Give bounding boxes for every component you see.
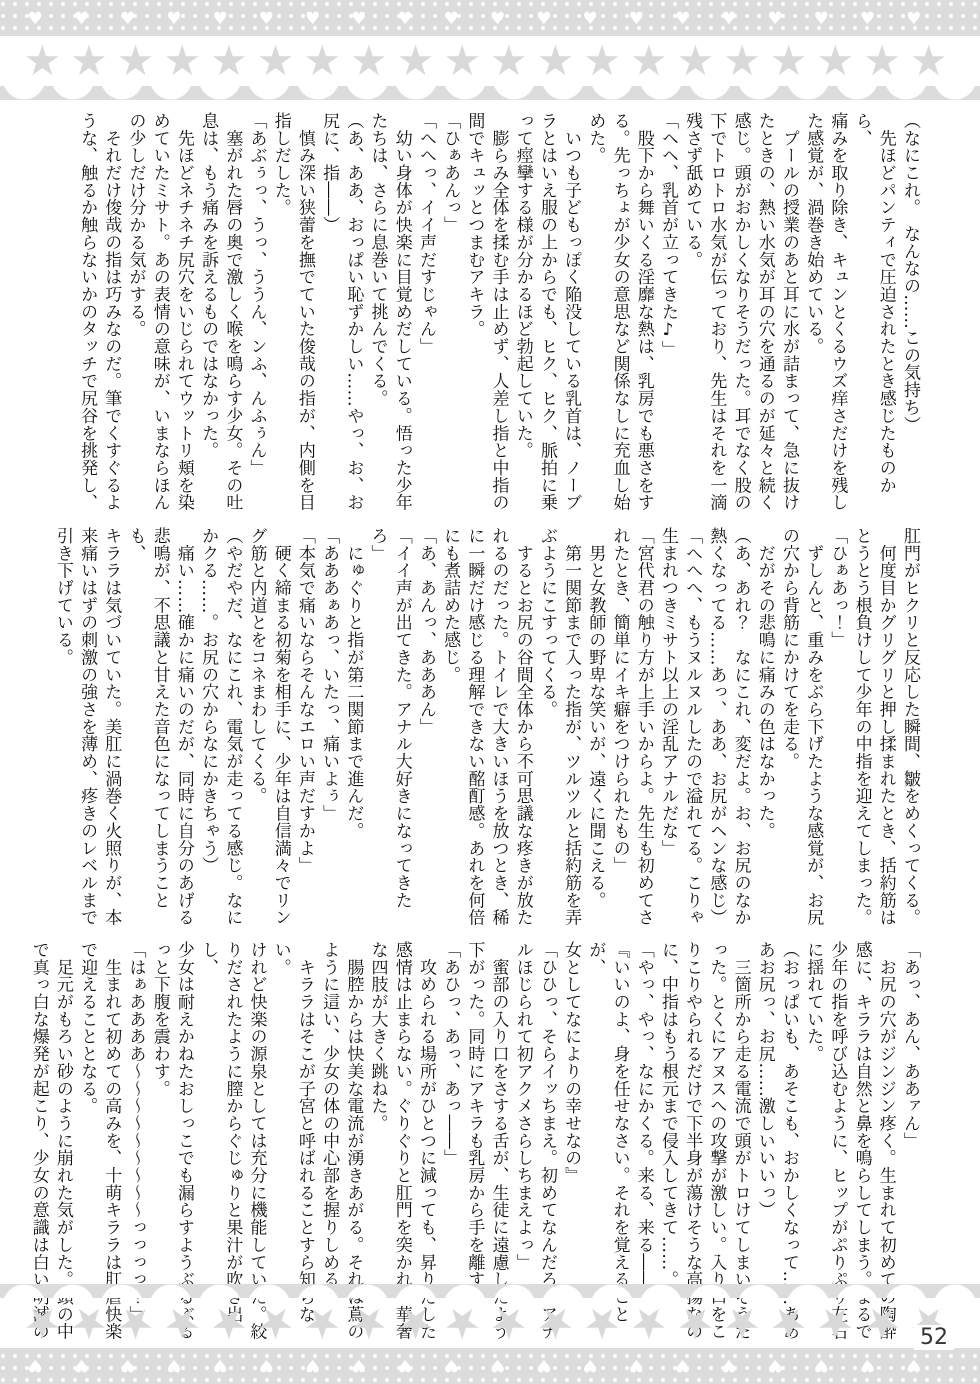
text-column: 痛みを取り除き、キュンとくるウズ痒さだけを残し bbox=[825, 112, 849, 516]
text-column: 感じ。頭がおかしくなりそうだった。耳でなく股の bbox=[728, 112, 752, 516]
text-column: うな、触るか触らないかのタッチで尻谷を挑発し、 bbox=[75, 112, 99, 516]
text-column: 「あああぁあっ、いたっ、痛いよぅ」 bbox=[317, 527, 341, 931]
text-column: めていたミサト。あの表情の意味が、いまならほん bbox=[148, 112, 172, 516]
text-column: 「イイ声が出てきた。アナル大好きになってきたろ」 bbox=[365, 527, 413, 931]
star-icon-row: ★★★★★★★★★★★★★★★★★★★★ bbox=[0, 38, 980, 86]
text-column: 引き下げている。 bbox=[51, 527, 75, 931]
text-column: 「あぶぅっ、うっ、ううん、ンふ、んふぅん」 bbox=[244, 112, 268, 516]
text-column: 息は、もう痛みを訴えるものではなかった。 bbox=[196, 112, 220, 516]
text-column: 硬く締まる初菊を相手に、少年は自信満々でリン bbox=[269, 527, 293, 931]
text-column: するとお尻の谷間全体から不可思議な疼きが放た bbox=[511, 527, 535, 931]
text-column: 痛い……確かに痛いのだが、同時に自分のあげる bbox=[172, 527, 196, 931]
text-column: の少しだけ分かる気がする。 bbox=[123, 112, 147, 516]
text-column: る。先っちょが少女の意思など関係なしに充血し始 bbox=[607, 112, 631, 516]
text-column: とうとう根負けして少年の中指を迎えてしまった。 bbox=[849, 527, 873, 931]
scallop-edge bbox=[0, 1284, 980, 1298]
text-column: 「あ、あんっ、あああん」 bbox=[414, 527, 438, 931]
text-column: 膨らみ全体を揉む手は止めず、人差し指と中指の bbox=[486, 112, 510, 516]
text-column: 男と女教師の野卑な笑いが、遠くに聞こえる。 bbox=[583, 527, 607, 931]
star-icon-row: ★★★★★★★★★★★★★★★★★★★★ bbox=[0, 1298, 980, 1346]
text-column: 下でトロトロ水気が伝っており、先生はそれを一滴 bbox=[704, 112, 728, 516]
text-column: 肛門がヒクリと反応した瞬間、皺をめくってくる。 bbox=[898, 527, 922, 931]
text-column: 先ほどネチネチ尻穴をいじられてウットリ頬を染 bbox=[172, 112, 196, 516]
text-column: 「ひぁあっ！」 bbox=[825, 527, 849, 931]
text-section-top: （なにこれ。 なんなの……この気持ち） 先ほどパンティで圧迫されたとき感じたもの… bbox=[98, 112, 922, 516]
text-column: （やだやだ、なにこれ、電気が走ってる感じ。なに bbox=[220, 527, 244, 931]
top-lace-border: ♥♥♥♥♥♥♥♥♥♥♥♥♥♥♥♥♥♥♥♥ ★★★★★★★★★★★★★★★★★★★… bbox=[0, 0, 980, 100]
text-column: た感覚が、渦巻き始めている。 bbox=[801, 112, 825, 516]
text-column: 第一関節まで入った指が、ツルツルと括約筋を弄 bbox=[559, 527, 583, 931]
text-column: （あ、ああ、おっぱい恥ずかしい……やっ、お、お bbox=[341, 112, 365, 516]
text-column: 「へへへ、もうヌルヌルしたので溢れてる。こりゃ bbox=[680, 527, 704, 931]
text-column: ラとはいえ服の上からでも、ヒク、ヒク、脈拍に乗 bbox=[535, 112, 559, 516]
book-page: ♥♥♥♥♥♥♥♥♥♥♥♥♥♥♥♥♥♥♥♥ ★★★★★★★★★★★★★★★★★★★… bbox=[0, 0, 980, 1384]
text-column: グ筋と内道とをコネまわしてくる。 bbox=[244, 527, 268, 931]
text-column: 間でキュッとつまむアキラ。 bbox=[462, 112, 486, 516]
text-column: かクる……。お尻の穴からなにかきちゃう） bbox=[196, 527, 220, 931]
text-column: の穴から背筋にかけてを走る。 bbox=[777, 527, 801, 931]
text-column: にも煮詰めた感じ。 bbox=[438, 527, 462, 931]
text-column: ずしんと、重みをぶら下げたような感覚が、お尻 bbox=[801, 527, 825, 931]
text-column: 悲鳴が、不思議と甘えた音色になってしまうことも、 bbox=[123, 527, 171, 931]
text-column: いつも子どもっぽく陥没している乳首は、ノーブ bbox=[559, 112, 583, 516]
text-column: 慎み深い狭蕾を撫でていた俊哉の指が、内側を目 bbox=[293, 112, 317, 516]
text-column: 幼い身体が快楽に目覚めだしている。悟った少年 bbox=[390, 112, 414, 516]
text-section-middle: 肛門がヒクリと反応した瞬間、皺をめくってくる。 何度目かグリグリと押し揉まれたと… bbox=[98, 527, 922, 931]
scallop-edge bbox=[0, 86, 980, 100]
text-column: 何度目かグリグリと押し揉まれたとき、括約筋は bbox=[874, 527, 898, 931]
text-column: れたとき、簡単にイキ癖をつけられたもの」 bbox=[607, 527, 631, 931]
text-column: 残さず舐めている。 bbox=[680, 112, 704, 516]
text-column: プールの授業のあと耳に水が詰まって、急に抜け bbox=[777, 112, 801, 516]
text-column: 「宮代君の触り方が上手いからよ。先生も初めてさ bbox=[632, 527, 656, 931]
text-column: 「ヘヘ、乳首が立ってきた♪」 bbox=[656, 112, 680, 516]
text-column: 熱くなってる……あっ、ああ、お尻がヘンな感じ） bbox=[704, 527, 728, 931]
text-column: 先ほどパンティで圧迫されたとき感じたものから、 bbox=[849, 112, 897, 516]
text-column: 「本気で痛いならそんなエロい声だすかよ」 bbox=[293, 527, 317, 931]
text-column: 生まれつきミサト以上の淫乱アナルだな」 bbox=[656, 527, 680, 931]
text-column: ぶようにこすってくる。 bbox=[535, 527, 559, 931]
bottom-lace-border: ♥♥♥♥♥♥♥♥♥♥♥♥♥♥♥♥♥♥♥♥ ★★★★★★★★★★★★★★★★★★★… bbox=[0, 1284, 980, 1384]
text-column: にゅぐりと指が第二関節まで進んだ。 bbox=[341, 527, 365, 931]
text-column: 「ひぁあんっ」 bbox=[438, 112, 462, 516]
text-column: 来痛いはずの刺激の強さを薄め、疼きのレベルまで bbox=[75, 527, 99, 931]
text-column: キララは気づいていた。美肛に渦巻く火照りが、本 bbox=[99, 527, 123, 931]
text-column: 股下から舞いくる淫靡な熱は、乳房でも悪さをす bbox=[632, 112, 656, 516]
text-column: って痙攣する様が分かるほど勃起していた。 bbox=[511, 112, 535, 516]
text-column: めた。 bbox=[583, 112, 607, 516]
text-column: それだけ俊哉の指は巧みなのだ。筆でくすぐるよ bbox=[99, 112, 123, 516]
text-column: 尻に、指――） bbox=[317, 112, 341, 516]
page-number: 52 bbox=[914, 1325, 954, 1350]
text-column: 指しだした。 bbox=[269, 112, 293, 516]
text-column: （なにこれ。 なんなの……この気持ち） bbox=[898, 112, 922, 516]
text-column: 「へへっ、イイ声だすじゃん」 bbox=[414, 112, 438, 516]
text-column: たときの、熱い水気が耳の穴を通るのが延々と続く bbox=[753, 112, 777, 516]
text-column: たちは、さらに息巻いて挑んでくる。 bbox=[365, 112, 389, 516]
text-column: に一瞬だけ感じる理解できない酩酊感。あれを何倍 bbox=[462, 527, 486, 931]
text-column: だがその悲鳴に痛みの色はなかった。 bbox=[753, 527, 777, 931]
text-column: 塞がれた唇の奥で激しく喉を鳴らす少女。その吐 bbox=[220, 112, 244, 516]
text-column: れるのだった。トイレで大きいほうを放つとき、稀 bbox=[486, 527, 510, 931]
text-column: （あ、あれ？ なにこれ、変だよ。お、お尻のなか bbox=[728, 527, 752, 931]
